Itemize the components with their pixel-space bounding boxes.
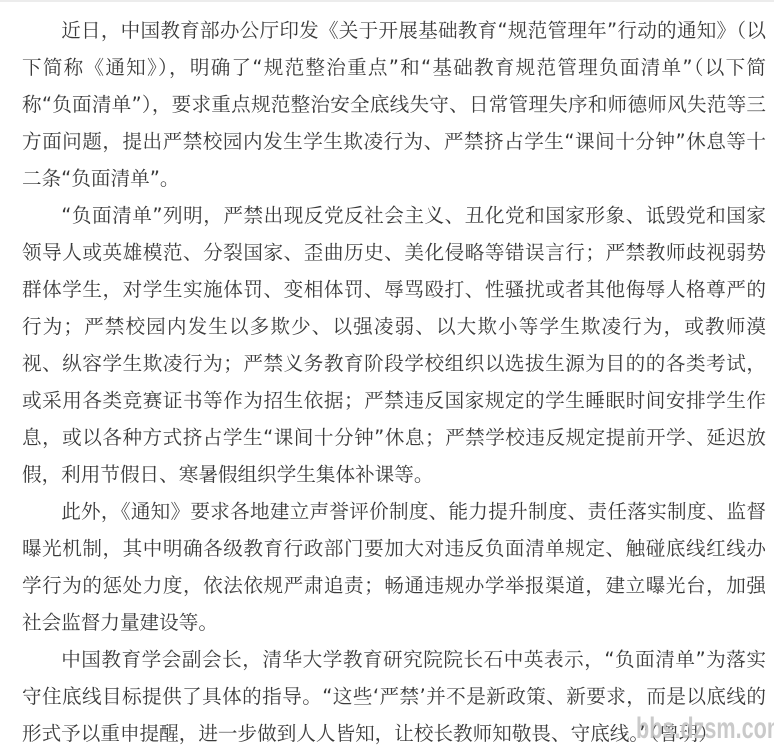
paragraph-negative-list: “负面清单”列明，严禁出现反党反社会主义、丑化党和国家形象、诋毁党和国家领导人或… bbox=[22, 197, 766, 493]
paragraph-notice-intro: 近日，中国教育部办公厅印发《关于开展基础教育“规范管理年”行动的通知》（以下简称… bbox=[22, 12, 766, 197]
site-watermark: bbs.dzsm.com bbox=[636, 714, 774, 744]
paragraph-supervision: 此外，《通知》要求各地建立声誉评价制度、能力提升制度、责任落实制度、监督曝光机制… bbox=[22, 493, 766, 641]
article-body: 近日，中国教育部办公厅印发《关于开展基础教育“规范管理年”行动的通知》（以下简称… bbox=[22, 12, 766, 747]
top-divider bbox=[0, 0, 774, 2]
